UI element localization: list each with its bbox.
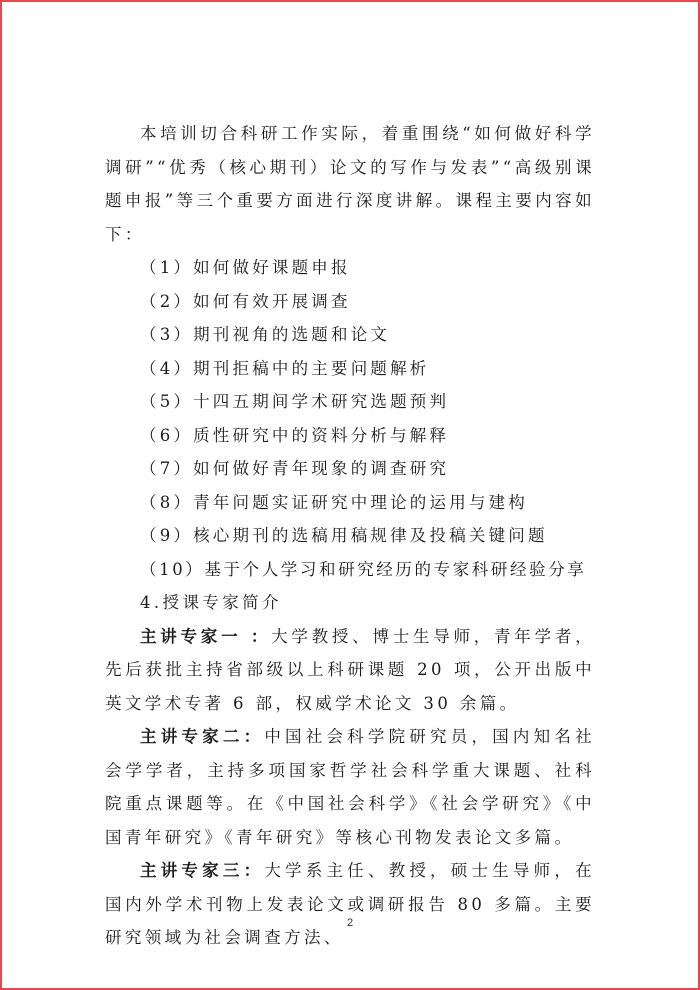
- course-item: （10）基于个人学习和研究经历的专家科研经验分享: [105, 553, 595, 587]
- expert-bio: 主讲专家一 ：大学教授、博士生导师，青年学者，先后获批主持省部级以上科研课题 2…: [105, 620, 595, 721]
- expert-label: 主讲专家一 ：: [140, 627, 271, 646]
- page-number: 2: [0, 917, 700, 929]
- course-item: （9）核心期刊的选稿用稿规律及投稿关键问题: [105, 519, 595, 553]
- course-item: （6）质性研究中的资料分析与解释: [105, 419, 595, 453]
- course-item: （2）如何有效开展调查: [105, 285, 595, 319]
- expert-bio: 主讲专家二：中国社会科学院研究员，国内知名社会学学者，主持多项国家哲学社会科学重…: [105, 720, 595, 854]
- course-item: （3）期刊视角的选题和论文: [105, 318, 595, 352]
- document-body: 本培训切合科研工作实际，着重围绕“如何做好科学调研”“优秀（核心期刊）论文的写作…: [105, 117, 595, 955]
- course-item: （8）青年问题实证研究中理论的运用与建构: [105, 486, 595, 520]
- course-item-list: （1）如何做好课题申报 （2）如何有效开展调查 （3）期刊视角的选题和论文 （4…: [105, 251, 595, 586]
- course-item: （1）如何做好课题申报: [105, 251, 595, 285]
- section-heading: 4.授课专家简介: [105, 586, 595, 620]
- course-item: （4）期刊拒稿中的主要问题解析: [105, 352, 595, 386]
- course-item: （7）如何做好青年现象的调查研究: [105, 452, 595, 486]
- intro-paragraph: 本培训切合科研工作实际，着重围绕“如何做好科学调研”“优秀（核心期刊）论文的写作…: [105, 117, 595, 251]
- expert-label: 主讲专家二：: [140, 727, 264, 746]
- course-item: （5）十四五期间学术研究选题预判: [105, 385, 595, 419]
- expert-bio: 主讲专家三：大学系主任、教授，硕士生导师，在国内外学术刊物上发表论文或调研报告 …: [105, 854, 595, 955]
- expert-label: 主讲专家三：: [140, 861, 264, 880]
